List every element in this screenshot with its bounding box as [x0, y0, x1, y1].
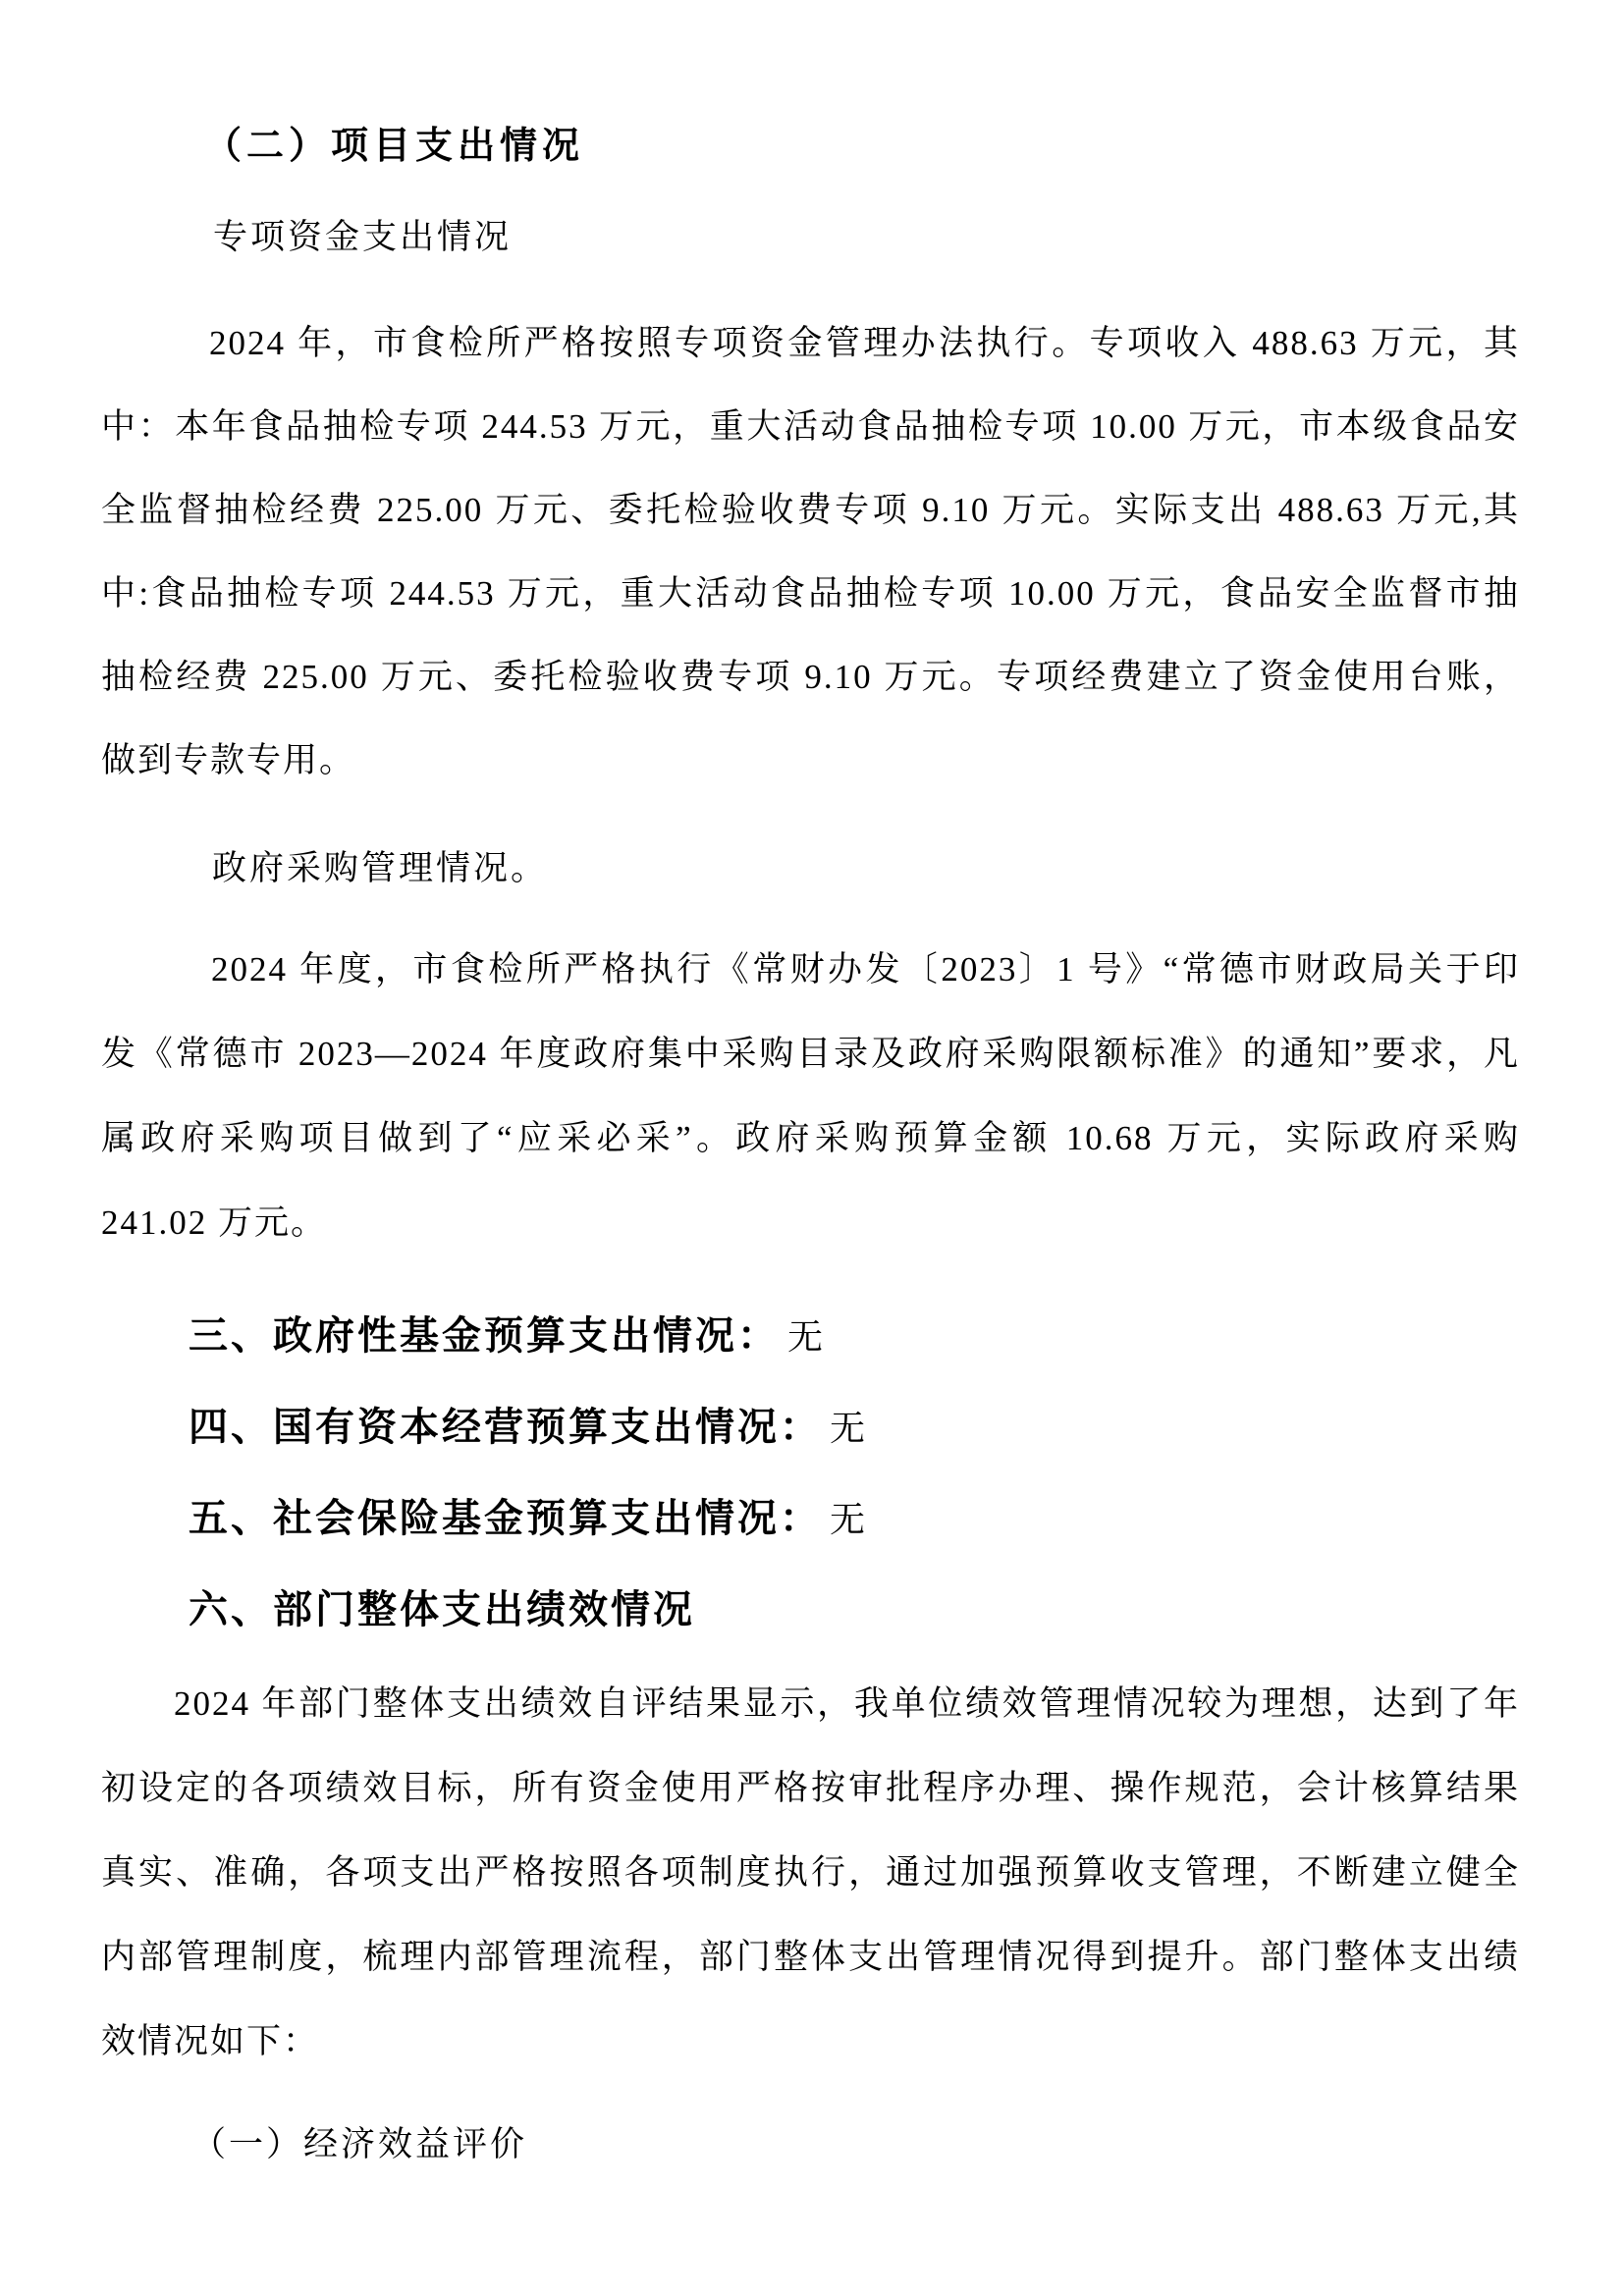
paragraph-special-funds: 2024 年，市食检所严格按照专项资金管理办法执行。专项收入 488.63 万元…: [101, 301, 1520, 802]
paragraph-line: 2024 年，市食检所严格按照专项资金管理办法执行。专项收入 488.63 万元…: [101, 301, 1520, 385]
section-heading-project-expenditure: （二）项目支出情况: [101, 128, 1520, 165]
page-content: （二）项目支出情况 专项资金支出情况 2024 年，市食检所严格按照专项资金管理…: [101, 0, 1520, 2186]
paragraph-line: 2024 年度，市食检所严格执行《常财办发〔2023〕1 号》“常德市财政局关于…: [101, 928, 1520, 1012]
numbered-section-heading-row: 六、部门整体支出绩效情况: [101, 1569, 1520, 1660]
numbered-section-heading-label: 六、部门整体支出绩效情况: [189, 1588, 695, 1631]
numbered-section-heading-label: 四、国有资本经营预算支出情况：: [189, 1406, 822, 1449]
subheading-special-funds: 专项资金支出情况: [101, 220, 1520, 254]
paragraph-line: 内部管理制度，梳理内部管理流程，部门整体支出管理情况得到提升。部门整体支出绩: [101, 1915, 1520, 2000]
subheading-economic-benefit: （一）经济效益评价: [101, 2103, 1520, 2186]
document-page: （二）项目支出情况 专项资金支出情况 2024 年，市食检所严格按照专项资金管理…: [0, 0, 1624, 2296]
numbered-section-heading-value: 无: [830, 1500, 867, 1539]
numbered-section-heading-label: 三、政府性基金预算支出情况：: [189, 1314, 780, 1358]
paragraph-line: 全监督抽检经费 225.00 万元、委托检验收费专项 9.10 万元。实际支出 …: [101, 468, 1520, 552]
subheading-gov-procurement: 政府采购管理情况。: [101, 827, 1520, 910]
numbered-section-heading-value: 无: [830, 1409, 867, 1448]
paragraph-line: 效情况如下：: [101, 2000, 1520, 2084]
paragraph-line: 初设定的各项绩效目标，所有资金使用严格按审批程序办理、操作规范，会计核算结果: [101, 1746, 1520, 1831]
numbered-section-heading-row: 五、社会保险基金预算支出情况：无: [101, 1477, 1520, 1569]
paragraph-overall-performance: 2024 年部门整体支出绩效自评结果显示，我单位绩效管理情况较为理想，达到了年初…: [101, 1662, 1520, 2084]
paragraph-line: 中：本年食品抽检专项 244.53 万元，重大活动食品抽检专项 10.00 万元…: [101, 385, 1520, 468]
paragraph-gov-procurement: 2024 年度，市食检所严格执行《常财办发〔2023〕1 号》“常德市财政局关于…: [101, 928, 1520, 1265]
paragraph-line: 真实、准确，各项支出严格按照各项制度执行，通过加强预算收支管理，不断建立健全: [101, 1831, 1520, 1915]
paragraph-line: 抽检经费 225.00 万元、委托检验收费专项 9.10 万元。专项经费建立了资…: [101, 635, 1520, 719]
paragraph-line: 241.02 万元。: [101, 1181, 1520, 1265]
numbered-section-heading-value: 无: [787, 1317, 825, 1357]
paragraph-line: 中:食品抽检专项 244.53 万元，重大活动食品抽检专项 10.00 万元，食…: [101, 552, 1520, 635]
numbered-section-heading-row: 三、政府性基金预算支出情况：无: [101, 1295, 1520, 1386]
numbered-section-heading-label: 五、社会保险基金预算支出情况：: [189, 1497, 822, 1540]
paragraph-line: 做到专款专用。: [101, 719, 1520, 802]
numbered-section-heading-row: 四、国有资本经营预算支出情况：无: [101, 1386, 1520, 1477]
paragraph-line: 发《常德市 2023—2024 年度政府集中采购目录及政府采购限额标准》的通知”…: [101, 1012, 1520, 1096]
numbered-section-headings: 三、政府性基金预算支出情况：无四、国有资本经营预算支出情况：无五、社会保险基金预…: [101, 1295, 1520, 1660]
paragraph-line: 属政府采购项目做到了“应采必采”。政府采购预算金额 10.68 万元，实际政府采…: [101, 1096, 1520, 1181]
paragraph-line: 2024 年部门整体支出绩效自评结果显示，我单位绩效管理情况较为理想，达到了年: [101, 1662, 1520, 1746]
